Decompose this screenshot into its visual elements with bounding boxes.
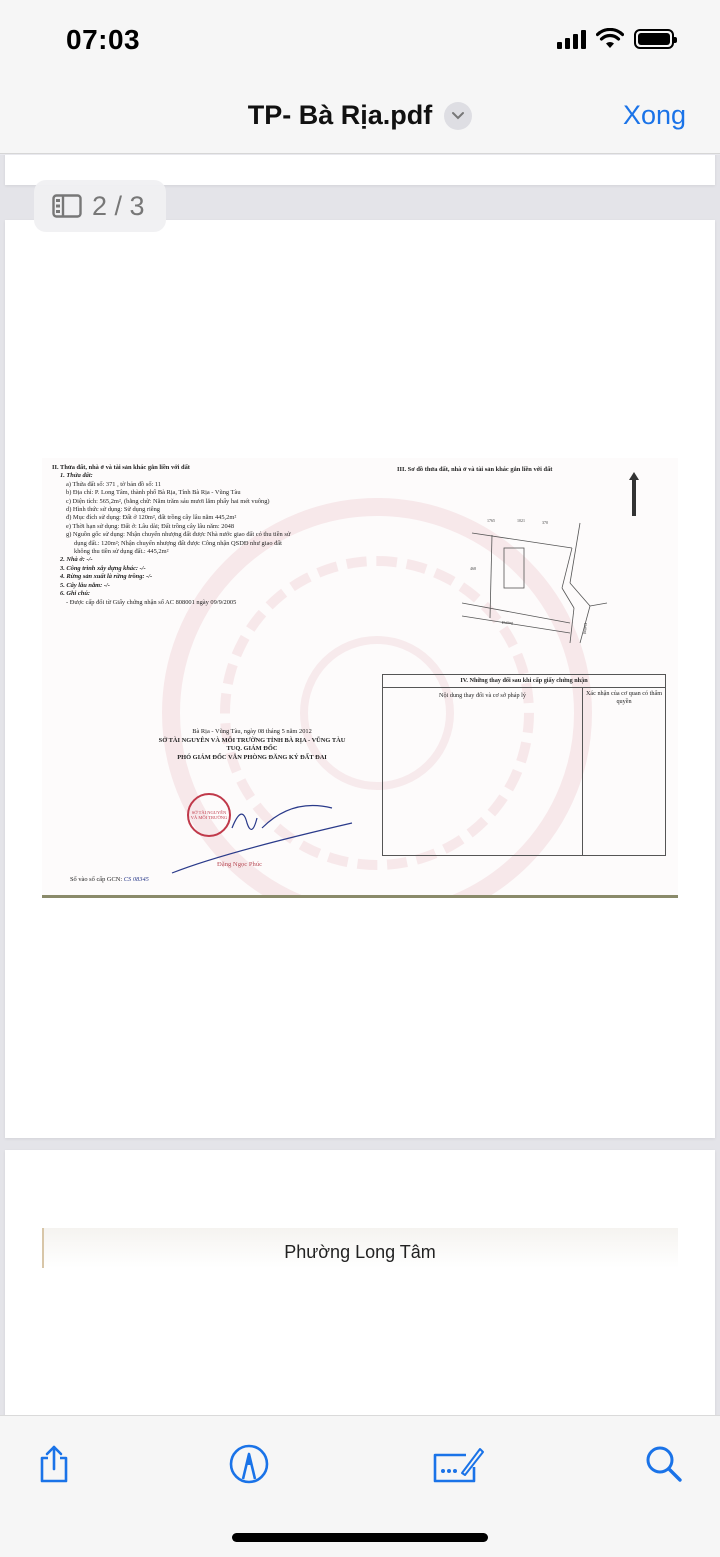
land-line: dụng đất.: 120m²; Nhận chuyển nhượng đất… xyxy=(74,540,382,548)
land-line: g) Nguồn gốc sử dụng: Nhận chuyển nhượng… xyxy=(66,531,382,539)
authority-column-header: Xác nhận của cơ quan có thẩm quyền xyxy=(583,688,665,856)
svg-text:1765: 1765 xyxy=(487,518,495,523)
done-button[interactable]: Xong xyxy=(623,100,686,131)
signature-icon xyxy=(430,1443,488,1485)
page-indicator[interactable]: 2 / 3 xyxy=(34,180,166,232)
land-plot-subheading: 1. Thửa đất: xyxy=(60,472,382,480)
land-line: e) Thời hạn sử dụng: Đất ở: Lâu dài; Đất… xyxy=(66,523,382,531)
cellular-signal-icon xyxy=(557,29,586,49)
search-icon xyxy=(644,1444,684,1484)
svg-text:Đường: Đường xyxy=(502,620,513,625)
north-arrow-icon xyxy=(632,478,636,516)
item-forest: 4. Rừng sản xuất là rừng trồng: -/- xyxy=(60,573,382,581)
land-line: a) Thửa đất số: 371 , tờ bản đồ số: 11 xyxy=(66,481,382,489)
markup-button[interactable] xyxy=(227,1442,271,1486)
gcn-value: CS 08345 xyxy=(124,876,149,883)
section-3-heading: III. Sơ đồ thửa đất, nhà ở và tài sản kh… xyxy=(397,466,552,473)
page-3-caption: Phường Long Tâm xyxy=(0,1242,720,1263)
item-perennial-trees: 5. Cây lâu năm: -/- xyxy=(60,582,382,590)
share-icon xyxy=(36,1444,72,1484)
section-4-heading: IV. Những thay đổi sau khi cấp giấy chứn… xyxy=(383,675,665,688)
issuing-org: SỞ TÀI NGUYÊN VÀ MÔI TRƯỜNG TỈNH BÀ RỊA … xyxy=(122,737,382,746)
land-line: c) Diện tích: 565,2m², (bằng chữ: Năm tr… xyxy=(66,498,382,506)
pdf-viewer-screen: 07:03 TP- Bà Rịa.pdf Xong xyxy=(0,0,720,1557)
status-icons xyxy=(557,28,674,50)
section-2-heading: II. Thửa đất, nhà ở và tài sản khác gắn … xyxy=(52,464,382,472)
svg-text:1021: 1021 xyxy=(517,518,525,523)
signature-block: Bà Rịa - Vũng Tàu, ngày 08 tháng 5 năm 2… xyxy=(122,728,382,762)
home-indicator[interactable] xyxy=(232,1533,488,1542)
gcn-label: Số vào sổ cấp GCN: xyxy=(70,876,122,883)
land-line: d) Hình thức sử dụng: Sử dụng riêng xyxy=(66,506,382,514)
land-line: không thu tiền sử dụng đất.: 445,2m² xyxy=(74,548,382,556)
item-notes: 6. Ghi chú: xyxy=(60,590,382,598)
markup-pen-icon xyxy=(228,1443,270,1485)
status-time: 07:03 xyxy=(66,24,140,56)
item-house: 2. Nhà ở: -/- xyxy=(60,556,382,564)
signer-name: Đặng Ngọc Phúc xyxy=(217,861,262,868)
pdf-page-3 xyxy=(5,1150,715,1415)
svg-text:Đường: Đường xyxy=(583,623,588,634)
navigation-bar: TP- Bà Rịa.pdf Xong xyxy=(0,82,720,154)
svg-text:468: 468 xyxy=(470,566,476,571)
chevron-down-icon[interactable] xyxy=(444,102,472,130)
place-date: Bà Rịa - Vũng Tàu, ngày 08 tháng 5 năm 2… xyxy=(122,728,382,737)
land-certificate-scan: II. Thửa đất, nhà ở và tài sản khác gắn … xyxy=(42,458,678,898)
document-title[interactable]: TP- Bà Rịa.pdf xyxy=(248,100,433,131)
sidebar-icon xyxy=(52,194,82,218)
svg-text:370: 370 xyxy=(542,520,548,525)
signer-title: PHÓ GIÁM ĐỐC VĂN PHÒNG ĐĂNG KÝ ĐẤT ĐAI xyxy=(122,754,382,763)
fill-sign-button[interactable] xyxy=(430,1442,488,1486)
land-line: b) Địa chỉ: P. Long Tâm, thành phố Bà Rị… xyxy=(66,489,382,497)
section-4-changes-table: IV. Những thay đổi sau khi cấp giấy chứn… xyxy=(382,674,666,856)
document-title-menu[interactable]: TP- Bà Rịa.pdf xyxy=(0,100,720,131)
land-plot-diagram: 1765 1021 370 468 Đường Đường xyxy=(462,508,612,648)
status-bar: 07:03 xyxy=(0,0,720,82)
page-number-text: 2 / 3 xyxy=(92,191,145,222)
battery-icon xyxy=(634,29,674,49)
share-button[interactable] xyxy=(32,1442,76,1486)
item-other-construction: 3. Công trình xây dựng khác: -/- xyxy=(60,565,382,573)
tuq-line: TUQ. GIÁM ĐỐC xyxy=(122,745,382,754)
note-text: - Được cấp đổi từ Giấy chứng nhận số AC … xyxy=(66,599,382,607)
search-button[interactable] xyxy=(642,1442,686,1486)
land-line: đ) Mục đích sử dụng: Đất ở 120m², đất tr… xyxy=(66,514,382,522)
section-2-land-info: II. Thửa đất, nhà ở và tài sản khác gắn … xyxy=(52,464,382,607)
wifi-icon xyxy=(596,28,624,50)
gcn-number: Số vào sổ cấp GCN: CS 08345 xyxy=(70,876,149,883)
changes-column-header: Nội dung thay đổi và cơ sở pháp lý xyxy=(383,688,583,856)
